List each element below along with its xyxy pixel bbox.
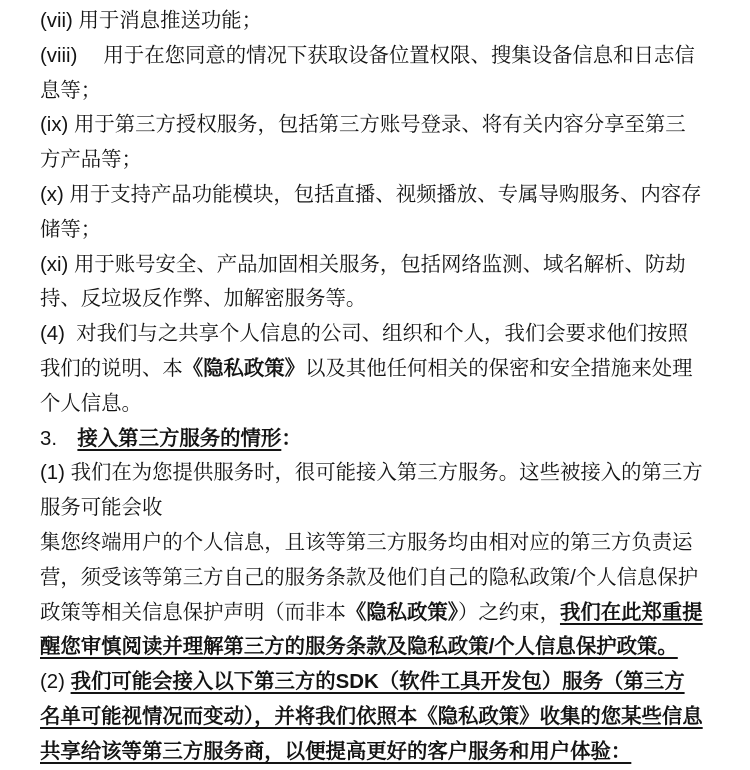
text-run: 《隐私政策》 (346, 602, 458, 624)
text-run: (x) 用于支持产品功能模块，包括直播、视频播放、专属导购服务、内容存储等； (40, 184, 702, 241)
paragraph-clause-3-2: (2) 我们可能会接入以下第三方的SDK（软件工具开发包）服务（第三方名单可能视… (40, 665, 703, 769)
paragraph-clause-xi: (xi) 用于账号安全、产品加固相关服务，包括网络监测、域名解析、防劫持、反垃圾… (40, 248, 703, 318)
text-run: (ix) 用于第三方授权服务，包括第三方账号登录、将有关内容分享至第三方产品等； (40, 114, 686, 171)
text-run: (viii) 用于在您同意的情况下获取设备位置权限、搜集设备信息和日志信息等； (40, 45, 695, 102)
privacy-policy-document: (vii) 用于消息推送功能；(viii) 用于在您同意的情况下获取设备位置权限… (0, 0, 750, 770)
paragraph-clause-vii: (vii) 用于消息推送功能； (40, 4, 703, 39)
text-run: (xi) 用于账号安全、产品加固相关服务，包括网络监测、域名解析、防劫持、反垃圾… (40, 254, 686, 311)
text-run: (2) (40, 671, 71, 693)
paragraph-clause-3-1-continued: 集您终端用户的个人信息，且该等第三方服务均由相对应的第三方负责运营，须受该等第三… (40, 526, 703, 665)
paragraph-clause-3-1: (1) 我们在为您提供服务时，很可能接入第三方服务。这些被接入的第三方服务可能会… (40, 456, 703, 526)
text-run: 《隐私政策》 (183, 358, 305, 380)
text-run: 我们可能会接入以下第三方的SDK（软件工具开发包）服务（第三方名单可能视情况而变… (40, 671, 703, 763)
text-run: (vii) 用于消息推送功能； (40, 10, 262, 32)
paragraph-clause-x: (x) 用于支持产品功能模块，包括直播、视频播放、专属导购服务、内容存储等； (40, 178, 703, 248)
paragraph-clause-ix: (ix) 用于第三方授权服务，包括第三方账号登录、将有关内容分享至第三方产品等； (40, 108, 703, 178)
text-run: ）之约束， (458, 602, 560, 624)
paragraph-clause-viii: (viii) 用于在您同意的情况下获取设备位置权限、搜集设备信息和日志信息等； (40, 39, 703, 109)
paragraph-section-3-heading: 3. 接入第三方服务的情形： (40, 422, 703, 457)
text-run: (1) 我们在为您提供服务时，很可能接入第三方服务。这些被接入的第三方服务可能会… (40, 462, 703, 519)
text-run: 3. (40, 428, 77, 450)
text-run: ： (281, 428, 301, 450)
text-run: 接入第三方服务的情形 (77, 428, 281, 450)
paragraph-clause-4: (4) 对我们与之共享个人信息的公司、组织和个人，我们会要求他们按照我们的说明、… (40, 317, 703, 421)
